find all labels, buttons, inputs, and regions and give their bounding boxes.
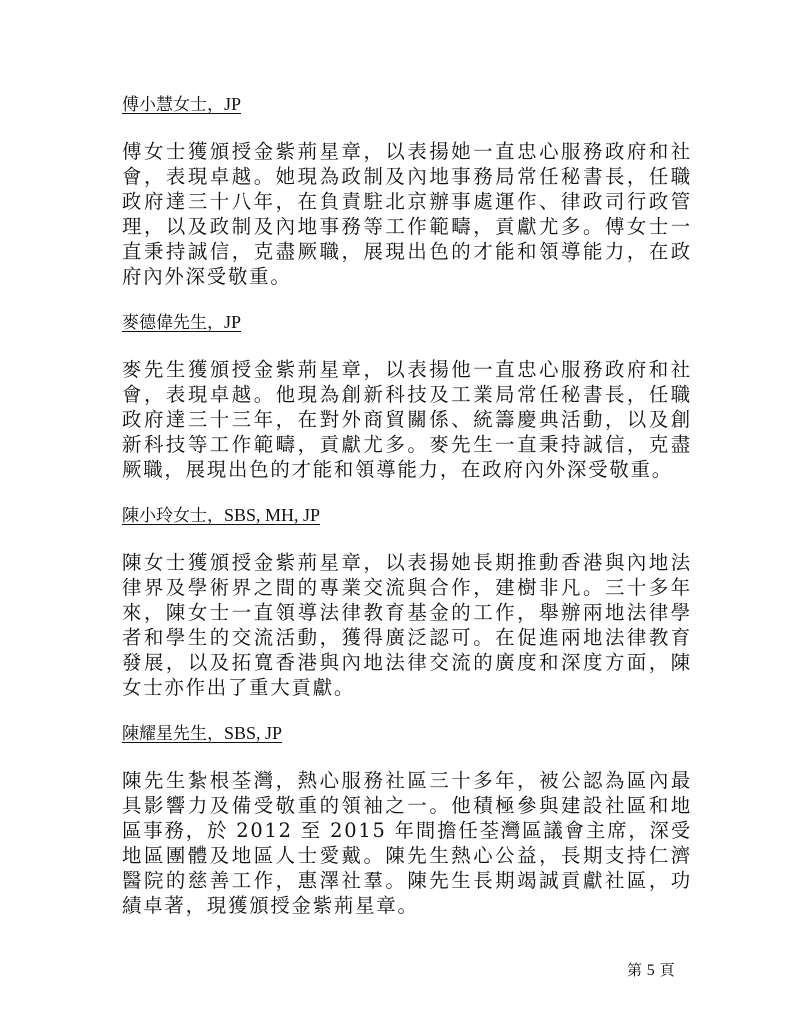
awardee-section-2: 麥德偉先生，JP 麥先生獲頒授金紫荊星章，以表揚他一直忠心服務政府和社會，表現卓…	[122, 310, 692, 482]
awardee-citation: 陳先生紮根荃灣，熱心服務社區三十多年，被公認為區內最具影響力及備受敬重的領袖之一…	[122, 768, 692, 918]
awardee-citation: 傅女士獲頒授金紫荊星章，以表揚她一直忠心服務政府和社會，表現卓越。她現為政制及內…	[122, 139, 692, 289]
awardee-name-heading: 傅小慧女士，JP	[122, 92, 692, 117]
awardee-name-heading: 陳耀星先生，SBS, JP	[122, 721, 692, 746]
awardee-section-3: 陳小玲女士，SBS, MH, JP 陳女士獲頒授金紫荊星章，以表揚她長期推動香港…	[122, 503, 692, 700]
document-page: 傅小慧女士，JP 傅女士獲頒授金紫荊星章，以表揚她一直忠心服務政府和社會，表現卓…	[122, 92, 692, 939]
page-number: 5	[647, 962, 655, 979]
page-number-footer: 第 5 頁	[627, 959, 675, 980]
awardee-section-1: 傅小慧女士，JP 傅女士獲頒授金紫荊星章，以表揚她一直忠心服務政府和社會，表現卓…	[122, 92, 692, 289]
awardee-citation: 麥先生獲頒授金紫荊星章，以表揚他一直忠心服務政府和社會，表現卓越。他現為創新科技…	[122, 357, 692, 482]
awardee-section-4: 陳耀星先生，SBS, JP 陳先生紮根荃灣，熱心服務社區三十多年，被公認為區內最…	[122, 721, 692, 918]
awardee-citation: 陳女士獲頒授金紫荊星章，以表揚她長期推動香港與內地法律界及學術界之間的專業交流與…	[122, 550, 692, 700]
awardee-name-heading: 麥德偉先生，JP	[122, 310, 692, 335]
awardee-name-heading: 陳小玲女士，SBS, MH, JP	[122, 503, 692, 528]
